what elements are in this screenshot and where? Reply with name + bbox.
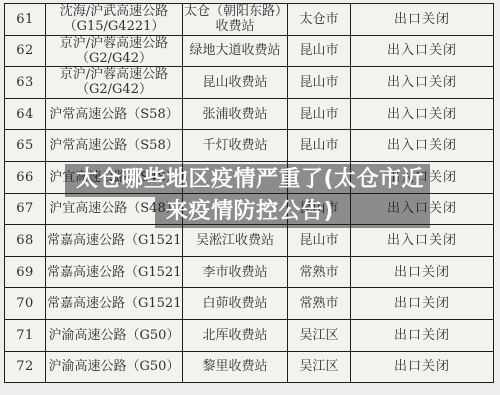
toll-station-name: 张浦收费站 xyxy=(183,98,288,130)
toll-station-name: 白茆收费站 xyxy=(183,288,288,320)
closure-status: 出入口关闭 xyxy=(351,193,494,225)
toll-station-name: 北厍收费站 xyxy=(183,319,288,351)
closure-status: 出入口关闭 xyxy=(351,98,494,130)
table-row: 63 京沪/沪蓉高速公路（G2/G42） 昆山收费站 昆山市 出入口关闭 xyxy=(5,67,494,99)
closure-status: 出入口关闭 xyxy=(351,161,494,193)
highway-name: 沪渝高速公路（G50） xyxy=(46,351,183,383)
closure-status: 出口关闭 xyxy=(351,319,494,351)
row-number: 63 xyxy=(5,67,46,99)
article-image: 61 沈海/沪武高速公路（G15/G4221） 太仓（朝阳东路）收费站 太仓市 … xyxy=(0,0,500,395)
closure-status: 出口关闭 xyxy=(351,4,494,36)
table-row: 64 沪常高速公路（S58） 张浦收费站 昆山市 出入口关闭 xyxy=(5,98,494,130)
toll-station-name: 绿地大道收费站 xyxy=(183,35,288,67)
table-row: 68 常嘉高速公路（G1521） 吴淞江收费站 昆山市 出入口关闭 xyxy=(5,225,494,257)
city-name: 昆山市 xyxy=(288,98,351,130)
table-row: 66 沪宜高速公路（S48） 出入口关闭 xyxy=(5,161,494,193)
row-number: 69 xyxy=(5,256,46,288)
row-number: 70 xyxy=(5,288,46,320)
closure-status: 出入口关闭 xyxy=(351,225,494,257)
city-name: 昆山市 xyxy=(288,225,351,257)
highway-name: 沈海/沪武高速公路（G15/G4221） xyxy=(46,4,183,36)
table-row: 69 常嘉高速公路（G1521） 李市收费站 常熟市 出口关闭 xyxy=(5,256,494,288)
toll-station-name: 千灯收费站 xyxy=(183,130,288,162)
row-number: 71 xyxy=(5,319,46,351)
city-name: 昆山市 xyxy=(288,67,351,99)
city-name: 吴江区 xyxy=(288,319,351,351)
city-name: 昆山市 xyxy=(288,130,351,162)
toll-station-name: 李市收费站 xyxy=(183,256,288,288)
row-number: 61 xyxy=(5,4,46,36)
city-name: 太仓市 xyxy=(288,4,351,36)
table-row: 71 沪渝高速公路（G50） 北厍收费站 吴江区 出口关闭 xyxy=(5,319,494,351)
row-number: 62 xyxy=(5,35,46,67)
highway-name: 常嘉高速公路（G1521） xyxy=(46,225,183,257)
highway-name: 沪渝高速公路（G50） xyxy=(46,319,183,351)
table-row: 67 沪宜高速公路（S48） 昆山市 出入口关闭 xyxy=(5,193,494,225)
toll-station-name xyxy=(183,193,288,225)
highway-name: 京沪/沪蓉高速公路（G2/G42） xyxy=(46,67,183,99)
closure-status: 出入口关闭 xyxy=(351,130,494,162)
table-row: 72 沪渝高速公路（G50） 黎里收费站 吴江区 出口关闭 xyxy=(5,351,494,383)
table-row: 62 京沪/沪蓉高速公路（G2/G42） 绿地大道收费站 昆山市 出入口关闭 xyxy=(5,35,494,67)
highway-name: 常嘉高速公路（G1521） xyxy=(46,288,183,320)
city-name: 常熟市 xyxy=(288,256,351,288)
city-name: 昆山市 xyxy=(288,193,351,225)
highway-name: 常嘉高速公路（G1521） xyxy=(46,256,183,288)
city-name: 常熟市 xyxy=(288,288,351,320)
city-name: 昆山市 xyxy=(288,35,351,67)
highway-name: 京沪/沪蓉高速公路（G2/G42） xyxy=(46,35,183,67)
closure-status: 出口关闭 xyxy=(351,256,494,288)
toll-station-name: 黎里收费站 xyxy=(183,351,288,383)
row-number: 72 xyxy=(5,351,46,383)
toll-station-table: 61 沈海/沪武高速公路（G15/G4221） 太仓（朝阳东路）收费站 太仓市 … xyxy=(4,3,494,383)
toll-station-name: 吴淞江收费站 xyxy=(183,225,288,257)
closure-status: 出入口关闭 xyxy=(351,67,494,99)
row-number: 66 xyxy=(5,161,46,193)
row-number: 67 xyxy=(5,193,46,225)
highway-name: 沪宜高速公路（S48） xyxy=(46,193,183,225)
table-row: 70 常嘉高速公路（G1521） 白茆收费站 常熟市 出口关闭 xyxy=(5,288,494,320)
closure-status: 出口关闭 xyxy=(351,351,494,383)
table-row: 65 沪常高速公路（S58） 千灯收费站 昆山市 出入口关闭 xyxy=(5,130,494,162)
row-number: 68 xyxy=(5,225,46,257)
toll-station-name: 昆山收费站 xyxy=(183,67,288,99)
city-name: 吴江区 xyxy=(288,351,351,383)
toll-station-name xyxy=(183,161,288,193)
city-name xyxy=(288,161,351,193)
closure-status: 出口关闭 xyxy=(351,288,494,320)
row-number: 64 xyxy=(5,98,46,130)
highway-name: 沪常高速公路（S58） xyxy=(46,130,183,162)
table-body: 61 沈海/沪武高速公路（G15/G4221） 太仓（朝阳东路）收费站 太仓市 … xyxy=(5,4,494,383)
row-number: 65 xyxy=(5,130,46,162)
closure-status: 出入口关闭 xyxy=(351,35,494,67)
highway-name: 沪常高速公路（S58） xyxy=(46,98,183,130)
toll-station-name: 太仓（朝阳东路）收费站 xyxy=(183,4,288,36)
highway-name: 沪宜高速公路（S48） xyxy=(46,161,183,193)
table-row: 61 沈海/沪武高速公路（G15/G4221） 太仓（朝阳东路）收费站 太仓市 … xyxy=(5,4,494,36)
